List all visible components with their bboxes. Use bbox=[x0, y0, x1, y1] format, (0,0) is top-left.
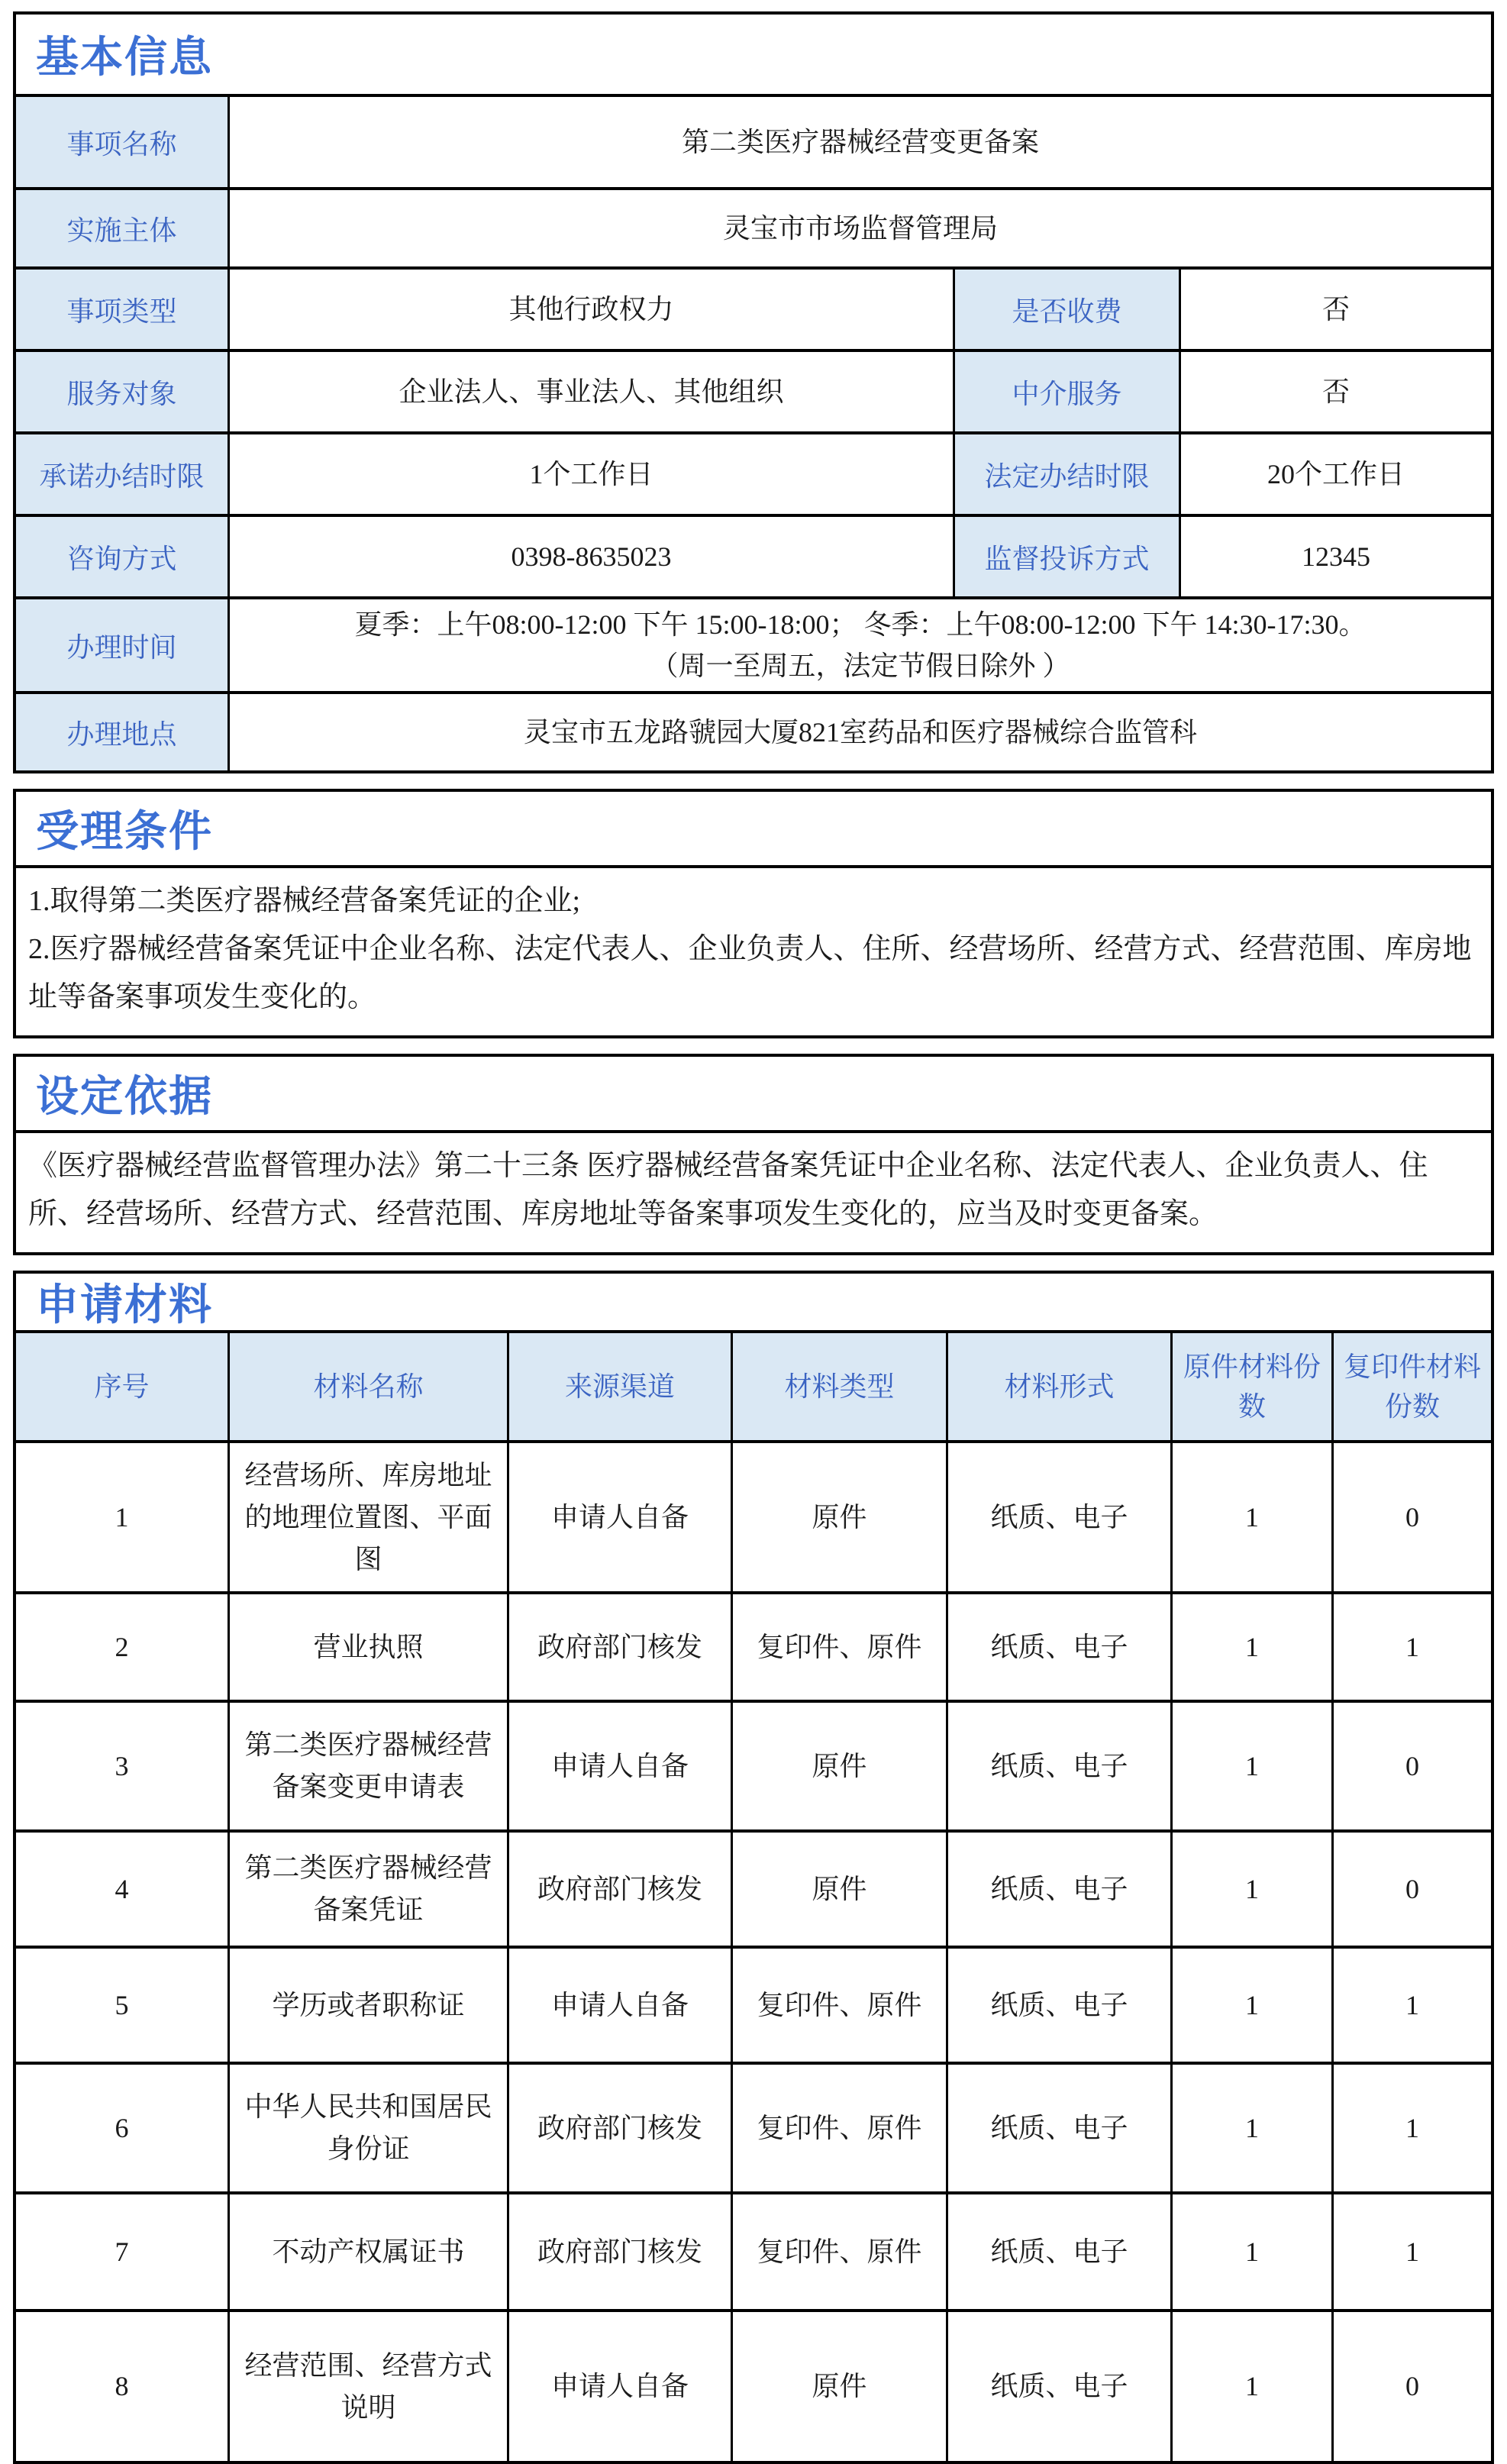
row-label: 办理地点 bbox=[16, 694, 228, 770]
row-value: 其他行政权力 bbox=[228, 270, 953, 349]
material-type: 复印件、原件 bbox=[731, 1594, 946, 1700]
material-source: 政府部门核发 bbox=[507, 1833, 731, 1946]
copy-count: 0 bbox=[1331, 1443, 1491, 1591]
basic-info-row: 咨询方式0398-8635023监督投诉方式12345 bbox=[16, 514, 1491, 596]
material-name: 经营场所、库房地址的地理位置图、平面图 bbox=[228, 1443, 507, 1591]
material-type: 原件 bbox=[731, 1443, 946, 1591]
material-index: 2 bbox=[16, 1594, 228, 1700]
materials-table-row: 5学历或者职称证申请人自备复印件、原件纸质、电子11 bbox=[16, 1946, 1491, 2062]
materials-table-body: 1经营场所、库房地址的地理位置图、平面图申请人自备原件纸质、电子102营业执照政… bbox=[16, 1440, 1491, 2372]
materials-table-row: 4第二类医疗器械经营备案凭证政府部门核发原件纸质、电子10 bbox=[16, 1829, 1491, 1946]
original-count: 1 bbox=[1170, 2194, 1331, 2309]
row-label-secondary: 监督投诉方式 bbox=[953, 517, 1179, 596]
basic-info-row: 办理时间夏季：上午08:00-12:00 下午 15:00-18:00； 冬季：… bbox=[16, 596, 1491, 691]
material-name: 第二类医疗器械经营备案变更申请表 bbox=[228, 1703, 507, 1829]
material-type: 原件 bbox=[731, 1703, 946, 1829]
row-value: 企业法人、事业法人、其他组织 bbox=[228, 352, 953, 431]
section-header-acceptance: 受理条件 bbox=[16, 792, 1491, 868]
material-index: 5 bbox=[16, 1949, 228, 2062]
row-value: 第二类医疗器械经营变更备案 bbox=[228, 97, 1491, 187]
row-label: 服务对象 bbox=[16, 352, 228, 431]
row-value: 1个工作日 bbox=[228, 434, 953, 514]
materials-table-row: 8经营范围、经营方式说明申请人自备原件纸质、电子10 bbox=[16, 2309, 1491, 2372]
basic-info-table: 事项名称第二类医疗器械经营变更备案实施主体灵宝市市场监督管理局事项类型其他行政权… bbox=[16, 97, 1491, 770]
copy-count: 1 bbox=[1331, 2065, 1491, 2191]
original-count: 1 bbox=[1170, 1949, 1331, 2062]
material-index: 3 bbox=[16, 1703, 228, 1829]
original-count: 1 bbox=[1170, 1443, 1331, 1591]
section-title-basic-info: 基本信息 bbox=[36, 24, 213, 85]
materials-table-row: 2营业执照政府部门核发复印件、原件纸质、电子11 bbox=[16, 1591, 1491, 1700]
material-source: 政府部门核发 bbox=[507, 2065, 731, 2191]
section-basic-info: 基本信息 事项名称第二类医疗器械经营变更备案实施主体灵宝市市场监督管理局事项类型… bbox=[13, 11, 1494, 773]
material-index: 7 bbox=[16, 2194, 228, 2309]
section-title-acceptance: 受理条件 bbox=[36, 798, 213, 859]
material-source: 申请人自备 bbox=[507, 1949, 731, 2062]
material-index: 8 bbox=[16, 2312, 228, 2372]
row-label-secondary: 法定办结时限 bbox=[953, 434, 1179, 514]
material-form: 纸质、电子 bbox=[946, 2065, 1170, 2191]
material-source: 政府部门核发 bbox=[507, 2194, 731, 2309]
original-count: 1 bbox=[1170, 1833, 1331, 1946]
acceptance-condition-line: 1.取得第二类医疗器械经营备案凭证的企业; bbox=[28, 877, 1474, 925]
material-name: 中华人民共和国居民身份证 bbox=[228, 2065, 507, 2191]
basic-info-row: 办理地点灵宝市五龙路虢园大厦821室药品和医疗器械综合监管科 bbox=[16, 691, 1491, 770]
row-label-secondary: 是否收费 bbox=[953, 270, 1179, 349]
material-name: 营业执照 bbox=[228, 1594, 507, 1700]
row-value-secondary: 否 bbox=[1179, 270, 1491, 349]
copy-count: 1 bbox=[1331, 2194, 1491, 2309]
original-count: 1 bbox=[1170, 1703, 1331, 1829]
row-label: 事项类型 bbox=[16, 270, 228, 349]
material-form: 纸质、电子 bbox=[946, 1443, 1170, 1591]
materials-column-header: 原件材料份数 bbox=[1170, 1333, 1331, 1440]
material-source: 申请人自备 bbox=[507, 1703, 731, 1829]
material-form: 纸质、电子 bbox=[946, 1703, 1170, 1829]
material-type: 复印件、原件 bbox=[731, 2065, 946, 2191]
material-form: 纸质、电子 bbox=[946, 1833, 1170, 1946]
section-title-basis: 设定依据 bbox=[36, 1063, 213, 1124]
material-index: 4 bbox=[16, 1833, 228, 1946]
legal-basis-line: 《医疗器械经营监督管理办法》第二十三条 医疗器械经营备案凭证中企业名称、法定代表… bbox=[28, 1142, 1474, 1238]
materials-column-header: 复印件材料份数 bbox=[1331, 1333, 1491, 1440]
basic-info-row: 承诺办结时限1个工作日法定办结时限20个工作日 bbox=[16, 431, 1491, 514]
row-label: 实施主体 bbox=[16, 190, 228, 266]
copy-count: 0 bbox=[1331, 1833, 1491, 1946]
row-value-secondary: 否 bbox=[1179, 352, 1491, 431]
basic-info-row: 事项类型其他行政权力是否收费否 bbox=[16, 266, 1491, 349]
section-basis: 设定依据 《医疗器械经营监督管理办法》第二十三条 医疗器械经营备案凭证中企业名称… bbox=[13, 1054, 1494, 1255]
basic-info-row: 服务对象企业法人、事业法人、其他组织中介服务否 bbox=[16, 349, 1491, 431]
row-value-secondary: 12345 bbox=[1179, 517, 1491, 596]
row-label: 咨询方式 bbox=[16, 517, 228, 596]
materials-table-row: 3第二类医疗器械经营备案变更申请表申请人自备原件纸质、电子10 bbox=[16, 1700, 1491, 1829]
material-form: 纸质、电子 bbox=[946, 2312, 1170, 2372]
row-value: 0398-8635023 bbox=[228, 517, 953, 596]
materials-table-header: 序号材料名称来源渠道材料类型材料形式原件材料份数复印件材料份数 bbox=[16, 1333, 1491, 1440]
material-source: 申请人自备 bbox=[507, 2312, 731, 2372]
material-type: 原件 bbox=[731, 2312, 946, 2372]
material-name: 不动产权属证书 bbox=[228, 2194, 507, 2309]
row-value: 灵宝市市场监督管理局 bbox=[228, 190, 1491, 266]
row-label: 事项名称 bbox=[16, 97, 228, 187]
document-page: 基本信息 事项名称第二类医疗器械经营变更备案实施主体灵宝市市场监督管理局事项类型… bbox=[13, 11, 1494, 2372]
copy-count: 1 bbox=[1331, 1594, 1491, 1700]
materials-column-header: 来源渠道 bbox=[507, 1333, 731, 1440]
materials-column-header: 序号 bbox=[16, 1333, 228, 1440]
section-header-basic-info: 基本信息 bbox=[16, 15, 1491, 97]
acceptance-conditions-text: 1.取得第二类医疗器械经营备案凭证的企业;2.医疗器械经营备案凭证中企业名称、法… bbox=[16, 868, 1491, 1035]
row-label-secondary: 中介服务 bbox=[953, 352, 1179, 431]
section-materials: 申请材料 序号材料名称来源渠道材料类型材料形式原件材料份数复印件材料份数 1经营… bbox=[13, 1271, 1494, 2372]
original-count: 1 bbox=[1170, 1594, 1331, 1700]
basic-info-row: 实施主体灵宝市市场监督管理局 bbox=[16, 187, 1491, 266]
material-type: 原件 bbox=[731, 1833, 946, 1946]
copy-count: 0 bbox=[1331, 2312, 1491, 2372]
material-source: 申请人自备 bbox=[507, 1443, 731, 1591]
section-header-basis: 设定依据 bbox=[16, 1057, 1491, 1133]
row-label: 承诺办结时限 bbox=[16, 434, 228, 514]
material-form: 纸质、电子 bbox=[946, 2194, 1170, 2309]
row-value: 夏季：上午08:00-12:00 下午 15:00-18:00； 冬季：上午08… bbox=[228, 599, 1491, 691]
material-name: 第二类医疗器械经营备案凭证 bbox=[228, 1833, 507, 1946]
section-title-materials: 申请材料 bbox=[36, 1271, 213, 1332]
original-count: 1 bbox=[1170, 2312, 1331, 2372]
materials-column-header: 材料类型 bbox=[731, 1333, 946, 1440]
materials-table-row: 6中华人民共和国居民身份证政府部门核发复印件、原件纸质、电子11 bbox=[16, 2062, 1491, 2191]
material-type: 复印件、原件 bbox=[731, 1949, 946, 2062]
materials-column-header: 材料形式 bbox=[946, 1333, 1170, 1440]
material-index: 6 bbox=[16, 2065, 228, 2191]
material-source: 政府部门核发 bbox=[507, 1594, 731, 1700]
row-value: 灵宝市五龙路虢园大厦821室药品和医疗器械综合监管科 bbox=[228, 694, 1491, 770]
original-count: 1 bbox=[1170, 2065, 1331, 2191]
material-index: 1 bbox=[16, 1443, 228, 1591]
material-form: 纸质、电子 bbox=[946, 1949, 1170, 2062]
materials-column-header: 材料名称 bbox=[228, 1333, 507, 1440]
copy-count: 1 bbox=[1331, 1949, 1491, 2062]
legal-basis-text: 《医疗器械经营监督管理办法》第二十三条 医疗器械经营备案凭证中企业名称、法定代表… bbox=[16, 1133, 1491, 1252]
acceptance-condition-line: 2.医疗器械经营备案凭证中企业名称、法定代表人、企业负责人、住所、经营场所、经营… bbox=[28, 925, 1474, 1022]
section-header-materials: 申请材料 bbox=[16, 1274, 1491, 1333]
materials-table-row: 1经营场所、库房地址的地理位置图、平面图申请人自备原件纸质、电子10 bbox=[16, 1440, 1491, 1591]
materials-table-row: 7不动产权属证书政府部门核发复印件、原件纸质、电子11 bbox=[16, 2191, 1491, 2309]
material-type: 复印件、原件 bbox=[731, 2194, 946, 2309]
material-name: 学历或者职称证 bbox=[228, 1949, 507, 2062]
row-label: 办理时间 bbox=[16, 599, 228, 691]
material-name: 经营范围、经营方式说明 bbox=[228, 2312, 507, 2372]
row-value-secondary: 20个工作日 bbox=[1179, 434, 1491, 514]
basic-info-row: 事项名称第二类医疗器械经营变更备案 bbox=[16, 97, 1491, 187]
copy-count: 0 bbox=[1331, 1703, 1491, 1829]
section-acceptance: 受理条件 1.取得第二类医疗器械经营备案凭证的企业;2.医疗器械经营备案凭证中企… bbox=[13, 789, 1494, 1038]
material-form: 纸质、电子 bbox=[946, 1594, 1170, 1700]
